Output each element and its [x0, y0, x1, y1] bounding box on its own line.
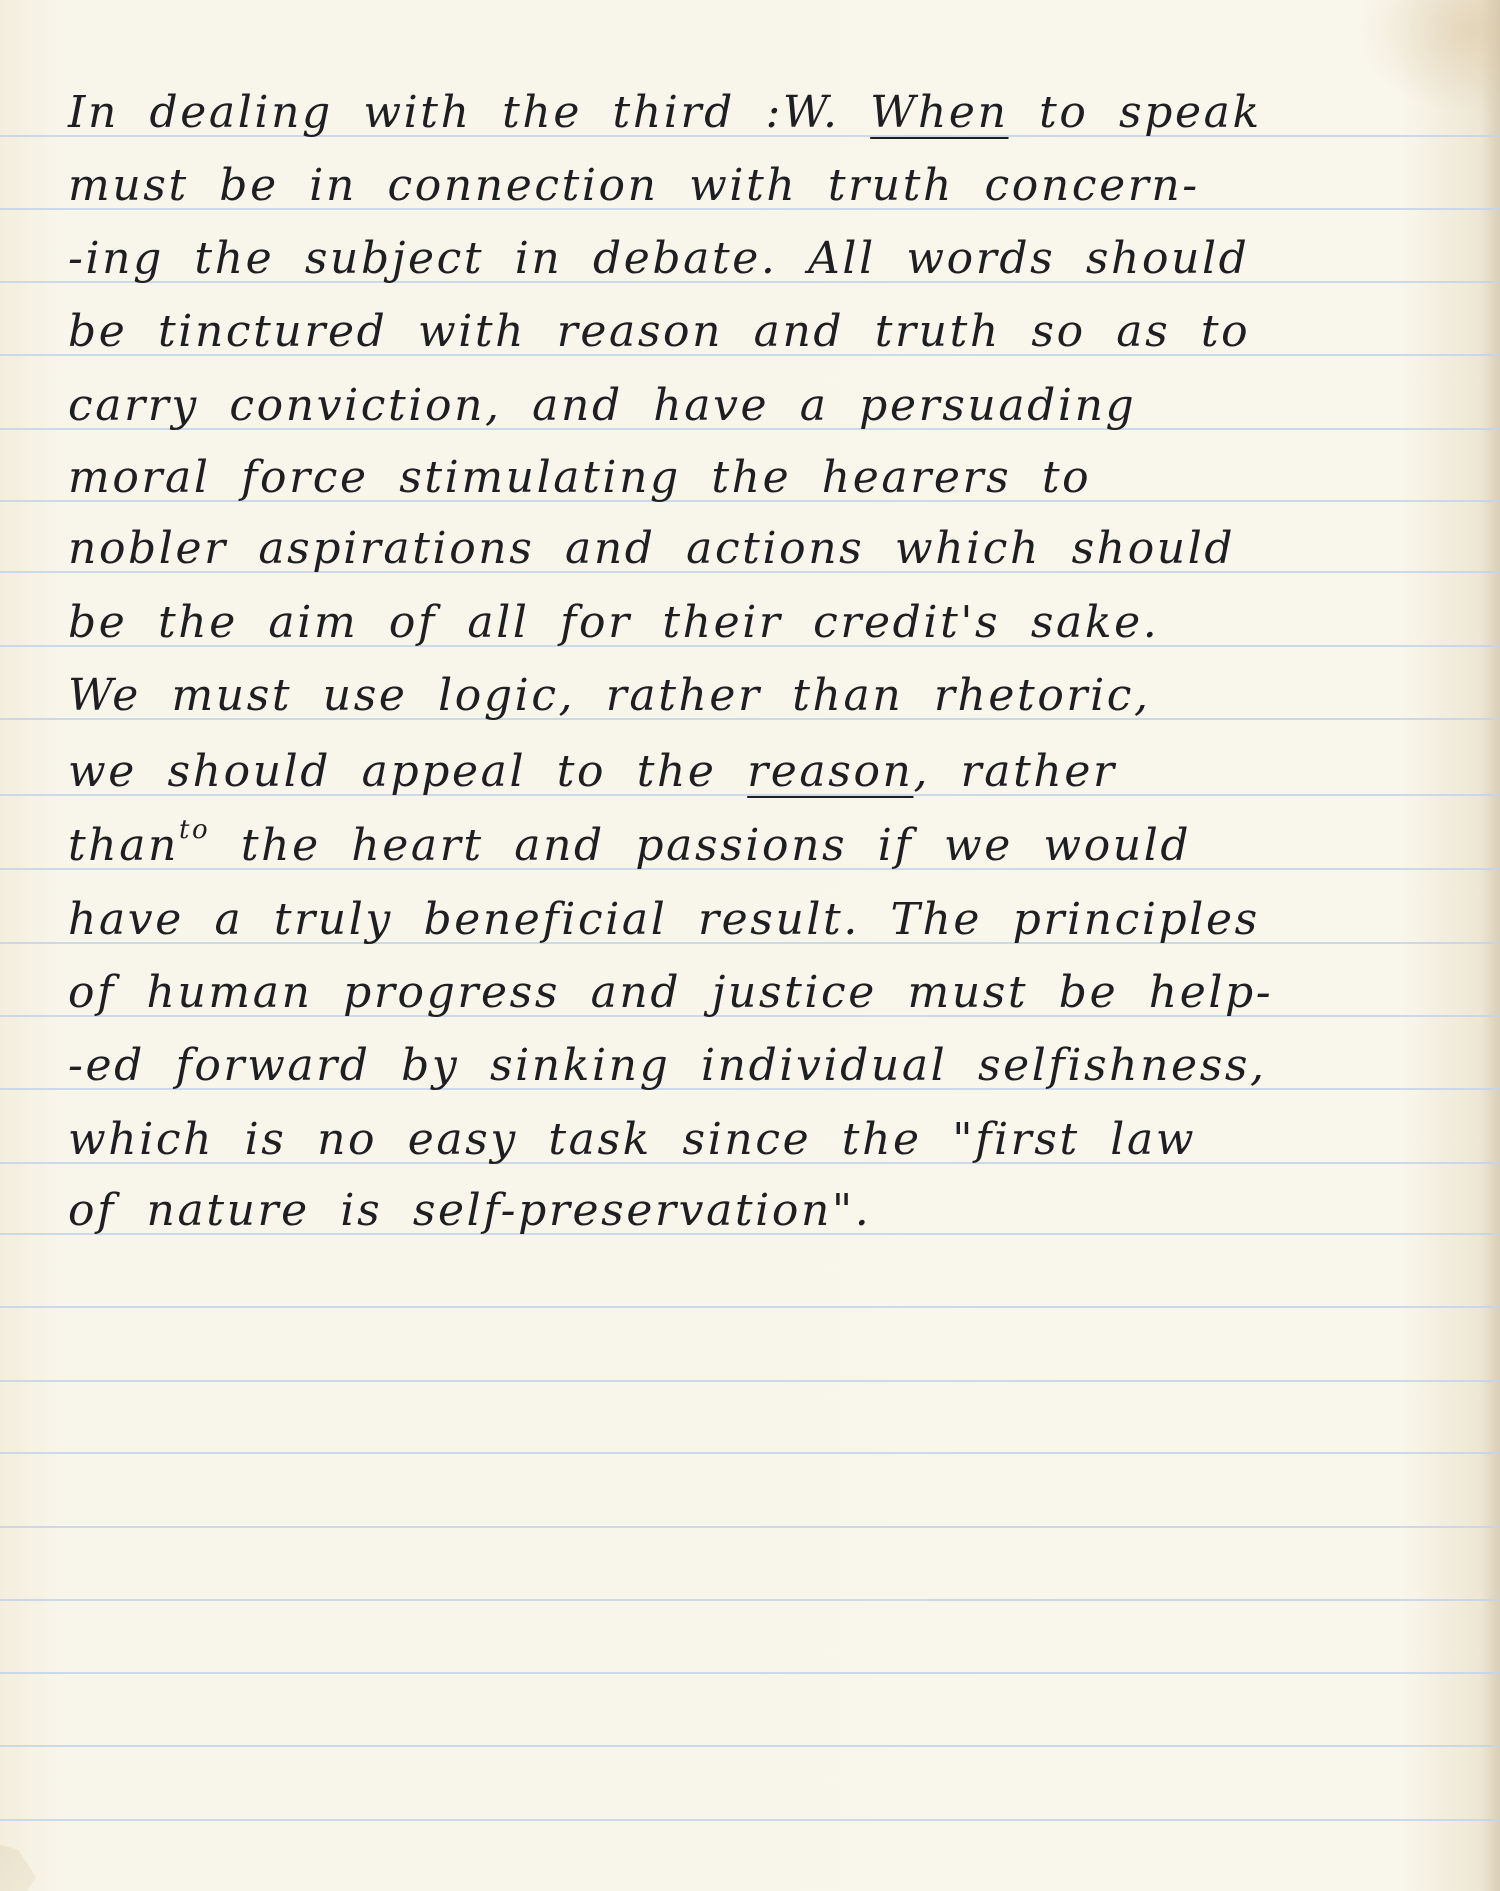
text-line-10: we should appeal to the reason, rather	[68, 742, 1468, 802]
notebook-page: In dealing with the third :W. When to sp…	[0, 0, 1500, 1891]
ruled-line	[0, 1380, 1500, 1382]
text-line-12: have a truly beneficial result. The prin…	[68, 890, 1468, 950]
text-line-13: of human progress and justice must be he…	[68, 963, 1468, 1023]
ruled-line	[0, 1672, 1500, 1674]
text-line-3: -ing the subject in debate. All words sh…	[68, 229, 1468, 289]
inserted-word: to	[179, 815, 210, 845]
ruled-line	[0, 1745, 1500, 1747]
text-line-1: In dealing with the third :W. When to sp…	[68, 83, 1468, 143]
text-line-16: of nature is self-preservation".	[68, 1181, 1468, 1241]
text-line-9: We must use logic, rather than rhetoric,	[68, 666, 1468, 726]
text-line-2: must be in connection with truth concern…	[68, 156, 1468, 216]
text-line-8: be the aim of all for their credit's sak…	[68, 593, 1468, 653]
ruled-line	[0, 1819, 1500, 1821]
ruled-line	[0, 1599, 1500, 1601]
ruled-line	[0, 1452, 1500, 1454]
text-line-6: moral force stimulating the hearers to	[68, 448, 1468, 508]
underlined-word-when: When	[870, 87, 1008, 138]
text-line-11: thanto the heart and passions if we woul…	[68, 816, 1468, 876]
underlined-word-reason: reason	[747, 746, 913, 797]
ruled-line	[0, 1526, 1500, 1528]
text-line-5: carry conviction, and have a persuading	[68, 376, 1468, 436]
text-line-14: -ed forward by sinking individual selfis…	[68, 1036, 1468, 1096]
ruled-line	[0, 1306, 1500, 1308]
text-line-15: which is no easy task since the "first l…	[68, 1110, 1468, 1170]
text-line-7: nobler aspirations and actions which sho…	[68, 519, 1468, 579]
torn-corner	[0, 1845, 60, 1891]
text-line-4: be tinctured with reason and truth so as…	[68, 302, 1468, 362]
